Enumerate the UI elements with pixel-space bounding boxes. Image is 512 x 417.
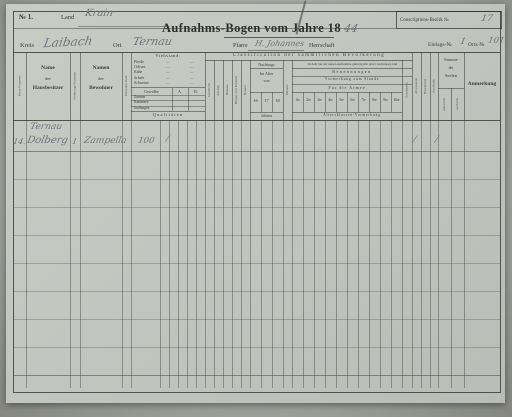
viehstand-dash: — <box>166 77 170 81</box>
age-cell-18: 18 <box>272 99 283 104</box>
grid-line <box>223 120 224 388</box>
grid-line <box>303 120 304 388</box>
viehstand-dash: — <box>166 61 170 65</box>
grid-line <box>70 120 71 388</box>
grid-line <box>261 120 262 388</box>
grid-line <box>347 120 348 388</box>
grid-line <box>13 207 500 208</box>
kreis-label: Kreis <box>20 43 34 50</box>
grid-line <box>13 235 500 236</box>
grid-line <box>250 120 251 388</box>
armee-class-cell: 6te <box>347 99 358 103</box>
viehstand-row-label: Schweine <box>134 82 149 86</box>
grid-line <box>13 291 500 292</box>
jahren-caption: Jahren <box>250 114 283 118</box>
class-column-2: Adelige <box>214 62 223 118</box>
age-header-line2: von <box>250 79 283 83</box>
classification-note: In dem bei der neuen Aufnahme gehörig mi… <box>292 63 413 66</box>
district-label: Conscriptions-Bezirk № <box>400 18 449 23</box>
grid-line <box>250 68 283 69</box>
viehstand-dash: — <box>190 82 194 86</box>
census-form-sheet: № 1. Land Krain Conscriptions-Bezirk № 1… <box>0 0 512 417</box>
viehstand-dash: — <box>190 61 194 65</box>
column-haus-nummer: Haus-Nummer <box>14 56 26 116</box>
bewohner-line1: Namen <box>80 66 122 72</box>
grid-line <box>283 120 284 388</box>
grid-line <box>205 120 206 388</box>
column-hausbesitzer: Name der Hausbesitzer <box>26 66 70 92</box>
right-column-3: Ausländer <box>430 55 438 117</box>
grid-line <box>325 120 326 388</box>
grid-line <box>205 60 413 61</box>
grid-line <box>292 92 402 93</box>
altersklassen-caption: Altersklassen-Vormerkung <box>292 114 412 118</box>
grid-line <box>391 120 392 388</box>
column-wohnungs-nummer: Wohnungs-Nummer <box>70 56 80 116</box>
grid-line <box>292 60 293 120</box>
owner-line1: Name <box>26 66 70 72</box>
district-value-handwriting: 17 <box>480 15 493 24</box>
group-row3: Für die Armee <box>292 86 402 90</box>
viehstand-dash: — <box>166 82 170 86</box>
entry-value-handwriting: 100 <box>137 137 155 146</box>
form-title-row: Aufnahms-Bogen vom Jahre 18 44 <box>150 21 370 36</box>
qualitaeten-caption: Qualitäten <box>131 113 205 118</box>
grid-line <box>13 375 500 376</box>
grid-line <box>438 88 464 89</box>
right-column-1: Abwesende <box>412 55 421 117</box>
armee-class-cell: 10te <box>391 99 402 103</box>
grid-line <box>272 120 273 388</box>
viehstand-dash: — <box>166 71 170 75</box>
nachtrag-header: Nachtrags <box>250 63 283 67</box>
form-title: Aufnahms-Bogen vom Jahre 18 <box>162 21 341 36</box>
summe-line2: der <box>438 67 464 71</box>
gewoelbe-header: Gewölbe <box>131 90 172 94</box>
grid-line <box>358 120 359 388</box>
grid-line <box>169 120 170 388</box>
right-column-2: Beurlaubte <box>421 55 430 117</box>
armee-class-cell: 5te <box>336 99 347 103</box>
grid-line <box>232 120 233 388</box>
grid-line <box>131 87 205 88</box>
entry-bewohner-handwriting: Zampella <box>83 137 127 146</box>
orts-no-label: Orts-№ <box>468 43 485 49</box>
armee-class-cell: 9te <box>380 99 391 103</box>
grid-line <box>421 120 422 388</box>
grid-line <box>13 263 500 264</box>
class-column-6: Häusler <box>283 62 292 118</box>
grid-line <box>13 179 500 180</box>
viehstand-row-label: Kühe <box>134 71 142 75</box>
group-row1: Benennungen <box>292 70 412 74</box>
grid-line <box>178 120 179 388</box>
armee-class-cell: 2te <box>303 99 314 103</box>
einlage-label: Einlags-№ <box>428 43 452 49</box>
viehstand-title: Viehstand: <box>131 54 205 59</box>
armee-class-cell: 1te <box>292 99 303 103</box>
col-a-header: A. <box>172 90 188 94</box>
col-b-header: B. <box>188 90 204 94</box>
grid-line <box>26 120 27 388</box>
grid-line <box>369 120 370 388</box>
viehstand-dash: — <box>166 66 170 70</box>
grid-line <box>451 120 452 388</box>
grid-line <box>292 120 293 388</box>
land-value-handwriting: Krain <box>84 9 114 19</box>
viehstand-dash: — <box>190 71 194 75</box>
viehstand-dash: — <box>190 66 194 70</box>
summe-header: Summe der Seelen <box>438 58 464 79</box>
grid-line <box>314 120 315 388</box>
class-column-1: Geistliche <box>205 62 214 118</box>
classification-title: Classification der sämmtlichen Bevölkeru… <box>205 54 413 59</box>
year-handwriting: 44 <box>343 23 359 34</box>
pfarre-underline <box>248 50 304 51</box>
age-cell-16: 16 <box>250 99 261 104</box>
armee-class-cell: 8te <box>369 99 380 103</box>
entry-owner-handwriting: Dolberg <box>26 136 69 146</box>
grid-line <box>196 120 197 388</box>
grid-line <box>214 120 215 388</box>
grid-line <box>80 120 81 388</box>
kreis-value-handwriting: Laibach <box>43 35 94 50</box>
grid-line <box>380 120 381 388</box>
group-row2: Vormerkung zum Stande <box>292 78 412 82</box>
armee-class-cell: 7te <box>358 99 369 103</box>
grid-line <box>131 120 132 388</box>
grid-line <box>187 120 188 388</box>
herrschaft-label: Herrschaft <box>309 43 334 49</box>
grid-line <box>430 120 431 388</box>
entry-haus-no-handwriting: 14. <box>12 138 26 146</box>
age-header-line1: Im Alter <box>250 72 283 76</box>
pfarre-label: Pfarre <box>233 43 248 49</box>
room-row-label: Zimmer <box>134 96 146 100</box>
room-row-label: Kammern <box>134 101 148 105</box>
class-column-5: Bauern <box>241 62 250 118</box>
grid-line <box>13 347 500 348</box>
grid-line <box>464 120 465 388</box>
title-underline <box>224 37 334 38</box>
column-bewohner: Namen der Bewohner <box>80 66 122 92</box>
room-row-label: Stallungen <box>134 107 149 111</box>
bewohner-line2: der <box>80 77 122 82</box>
grid-line <box>122 120 123 388</box>
grid-line <box>336 120 337 388</box>
viehstand-row-label: Schafe <box>134 77 144 81</box>
armee-class-cell: 4te <box>325 99 336 103</box>
class-column-7: Zusammen <box>402 62 412 118</box>
entry-place-handwriting: Ternau <box>29 123 63 132</box>
age-cell-17: 17 <box>261 99 272 104</box>
summe-line1: Summe <box>438 58 464 63</box>
grid-line <box>13 151 500 152</box>
armee-class-cell: 3te <box>314 99 325 103</box>
summe-sub1: männlich <box>438 90 451 118</box>
grid-line <box>250 60 251 120</box>
grid-line <box>438 120 439 388</box>
anmerkung-header: Anmerkung <box>464 82 500 88</box>
viehstand-dash: — <box>190 77 194 81</box>
owner-line3: Hausbesitzer <box>26 86 70 92</box>
sheet-number: № 1. <box>19 14 33 21</box>
grid-line <box>250 92 283 93</box>
summe-line3: Seelen <box>438 74 464 79</box>
class-column-3: Beamte <box>223 62 232 118</box>
bewohner-line3: Bewohner <box>80 86 122 92</box>
ort-label: Ort <box>113 43 122 50</box>
class-column-4: Bürger und Künstler <box>232 62 241 118</box>
grid-line <box>402 120 403 388</box>
orts-no-value-handwriting: 101 <box>487 37 505 46</box>
grid-line <box>13 319 500 320</box>
land-label: Land <box>61 15 74 22</box>
owner-line2: der <box>26 77 70 82</box>
ort-value-handwriting: Ternau <box>132 36 173 47</box>
grid-line <box>160 120 161 388</box>
pfarre-value-handwriting: H. Johannes <box>254 40 305 48</box>
grid-line <box>13 120 500 121</box>
summe-sub2: weiblich <box>451 90 464 118</box>
column-personen-zahl: Personen-Zahl <box>122 56 131 116</box>
grid-line <box>412 120 413 388</box>
grid-line <box>241 120 242 388</box>
district-box: Conscriptions-Bezirk № 17 <box>396 11 502 29</box>
